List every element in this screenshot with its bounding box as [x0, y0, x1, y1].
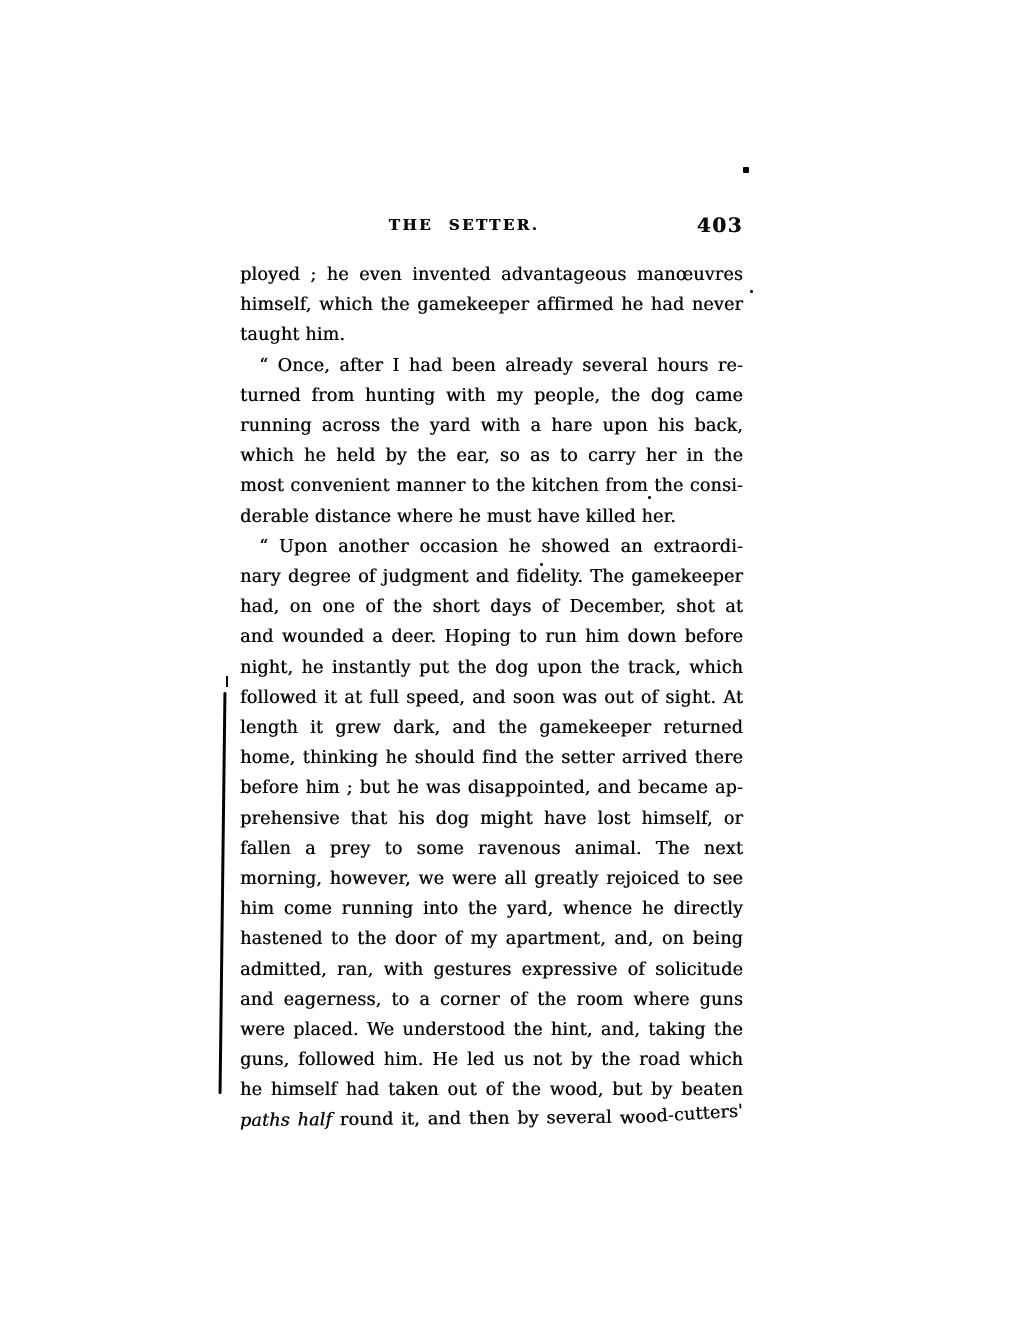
book-page-scan: THE SETTER. 403 ployed ; he even invente… — [0, 0, 1033, 1339]
text-segment: paths half — [240, 1110, 332, 1131]
text-line: had, on one of the short days of Decembe… — [240, 592, 743, 622]
ink-speck — [648, 496, 651, 499]
text-line: ployed ; he even invented advantageous m… — [240, 260, 743, 290]
running-title: THE SETTER. — [240, 216, 688, 234]
text-line: were placed. We understood the hint, and… — [240, 1015, 743, 1045]
text-line: guns, followed him. He led us not by the… — [240, 1045, 743, 1075]
text-line: nary degree of judgment and fidelity. Th… — [240, 562, 743, 592]
text-segment: wood-cutters' — [619, 1096, 744, 1134]
paragraph: “ Upon another occasion he showed an ext… — [240, 532, 743, 1136]
page-text: ployed ; he even invented advantageous m… — [240, 260, 743, 1136]
text-line: and eagerness, to a corner of the room w… — [240, 985, 743, 1015]
text-line: morning, however, we were all greatly re… — [240, 864, 743, 894]
text-line: length it grew dark, and the gamekeeper … — [240, 713, 743, 743]
text-line: before him ; but he was disappointed, an… — [240, 773, 743, 803]
ink-speck — [540, 563, 543, 566]
text-line: most convenient manner to the kitchen fr… — [240, 471, 743, 501]
text-line: prehensive that his dog might have lost … — [240, 804, 743, 834]
page-header: THE SETTER. 403 — [240, 213, 743, 241]
page-number: 403 — [697, 213, 743, 237]
text-line: paths half round it, and then by several… — [240, 1101, 743, 1136]
text-line: night, he instantly put the dog upon the… — [240, 653, 743, 683]
paragraph: “ Once, after I had been already several… — [240, 351, 743, 532]
text-line: derable distance where he must have kill… — [240, 502, 743, 532]
text-line: “ Upon another occasion he showed an ext… — [240, 532, 743, 562]
text-line: hastened to the door of my apartment, an… — [240, 924, 743, 954]
text-line: fallen a prey to some ravenous animal. T… — [240, 834, 743, 864]
text-line: him come running into the yard, whence h… — [240, 894, 743, 924]
text-line: “ Once, after I had been already several… — [240, 351, 743, 381]
paragraph: ployed ; he even invented advantageous m… — [240, 260, 743, 351]
text-line: turned from hunting with my people, the … — [240, 381, 743, 411]
ink-speck — [750, 290, 753, 293]
text-line: home, thinking he should find the setter… — [240, 743, 743, 773]
text-line: and wounded a deer. Hoping to run him do… — [240, 622, 743, 652]
text-segment: round it, and then by several — [332, 1107, 620, 1130]
scan-fold-tick-artifact — [226, 676, 228, 687]
text-line: followed it at full speed, and soon was … — [240, 683, 743, 713]
text-line: admitted, ran, with gestures expressive … — [240, 955, 743, 985]
text-line: running across the yard with a hare upon… — [240, 411, 743, 441]
ink-speck — [743, 167, 749, 173]
text-line: which he held by the ear, so as to carry… — [240, 441, 743, 471]
scan-fold-line-artifact — [219, 692, 227, 1094]
text-line: taught him. — [240, 320, 743, 350]
text-line: himself, which the gamekeeper affirmed h… — [240, 290, 743, 320]
